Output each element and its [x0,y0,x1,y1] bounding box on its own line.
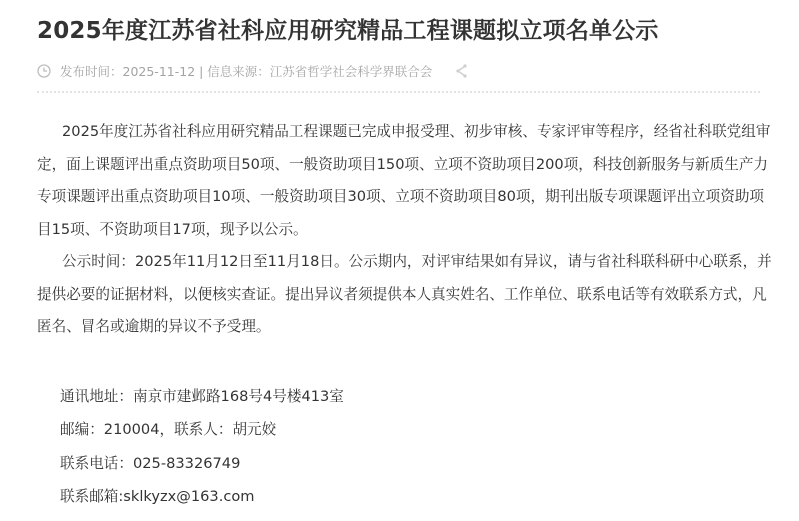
article-body: 2025年度江苏省社科应用研究精品工程课题已完成申报受理、初步审核、专家评审等程… [37,116,777,344]
paragraph-announcement: 2025年度江苏省社科应用研究精品工程课题已完成申报受理、初步审核、专家评审等程… [37,116,777,246]
paragraph-line: 目15项、不资助项目17项，现予以公示。 [37,214,777,247]
share-icon[interactable] [454,63,470,79]
paragraph-line: 公示时间：2025年11月12日至11月18日。公示期内，对评审结果如有异议，请… [37,246,777,279]
publish-info: 发布时间：2025-11-12 | 信息来源：江苏省哲学社会科学界联合会 [60,62,432,80]
article-meta: 发布时间：2025-11-12 | 信息来源：江苏省哲学社会科学界联合会 [37,62,432,80]
clock-icon [37,64,51,78]
paragraph-line: 提供必要的证据材料，以便核实查证。提出异议者须提供本人真实姓名、工作单位、联系电… [37,279,777,312]
contact-email[interactable]: 联系邮箱:sklkyzx@163.com [60,480,344,513]
divider [37,91,760,93]
contact-address: 通讯地址：南京市建邺路168号4号楼413室 [60,380,344,413]
contact-postcode-person: 邮编：210004，联系人：胡元姣 [60,413,344,446]
page-title: 2025年度江苏省社科应用研究精品工程课题拟立项名单公示 [37,15,659,47]
paragraph-publicity-period: 公示时间：2025年11月12日至11月18日。公示期内，对评审结果如有异议，请… [37,246,777,344]
paragraph-line: 定，面上课题评出重点资助项目50项、一般资助项目150项、立项不资助项目200项… [37,149,777,182]
paragraph-line: 2025年度江苏省社科应用研究精品工程课题已完成申报受理、初步审核、专家评审等程… [37,116,777,149]
paragraph-line: 匿名、冒名或逾期的异议不予受理。 [37,311,777,344]
contact-info: 通讯地址：南京市建邺路168号4号楼413室 邮编：210004，联系人：胡元姣… [60,380,344,513]
paragraph-line: 专项课题评出重点资助项目10项、一般资助项目30项、立项不资助项目80项，期刊出… [37,181,777,214]
contact-phone: 联系电话：025-83326749 [60,447,344,480]
